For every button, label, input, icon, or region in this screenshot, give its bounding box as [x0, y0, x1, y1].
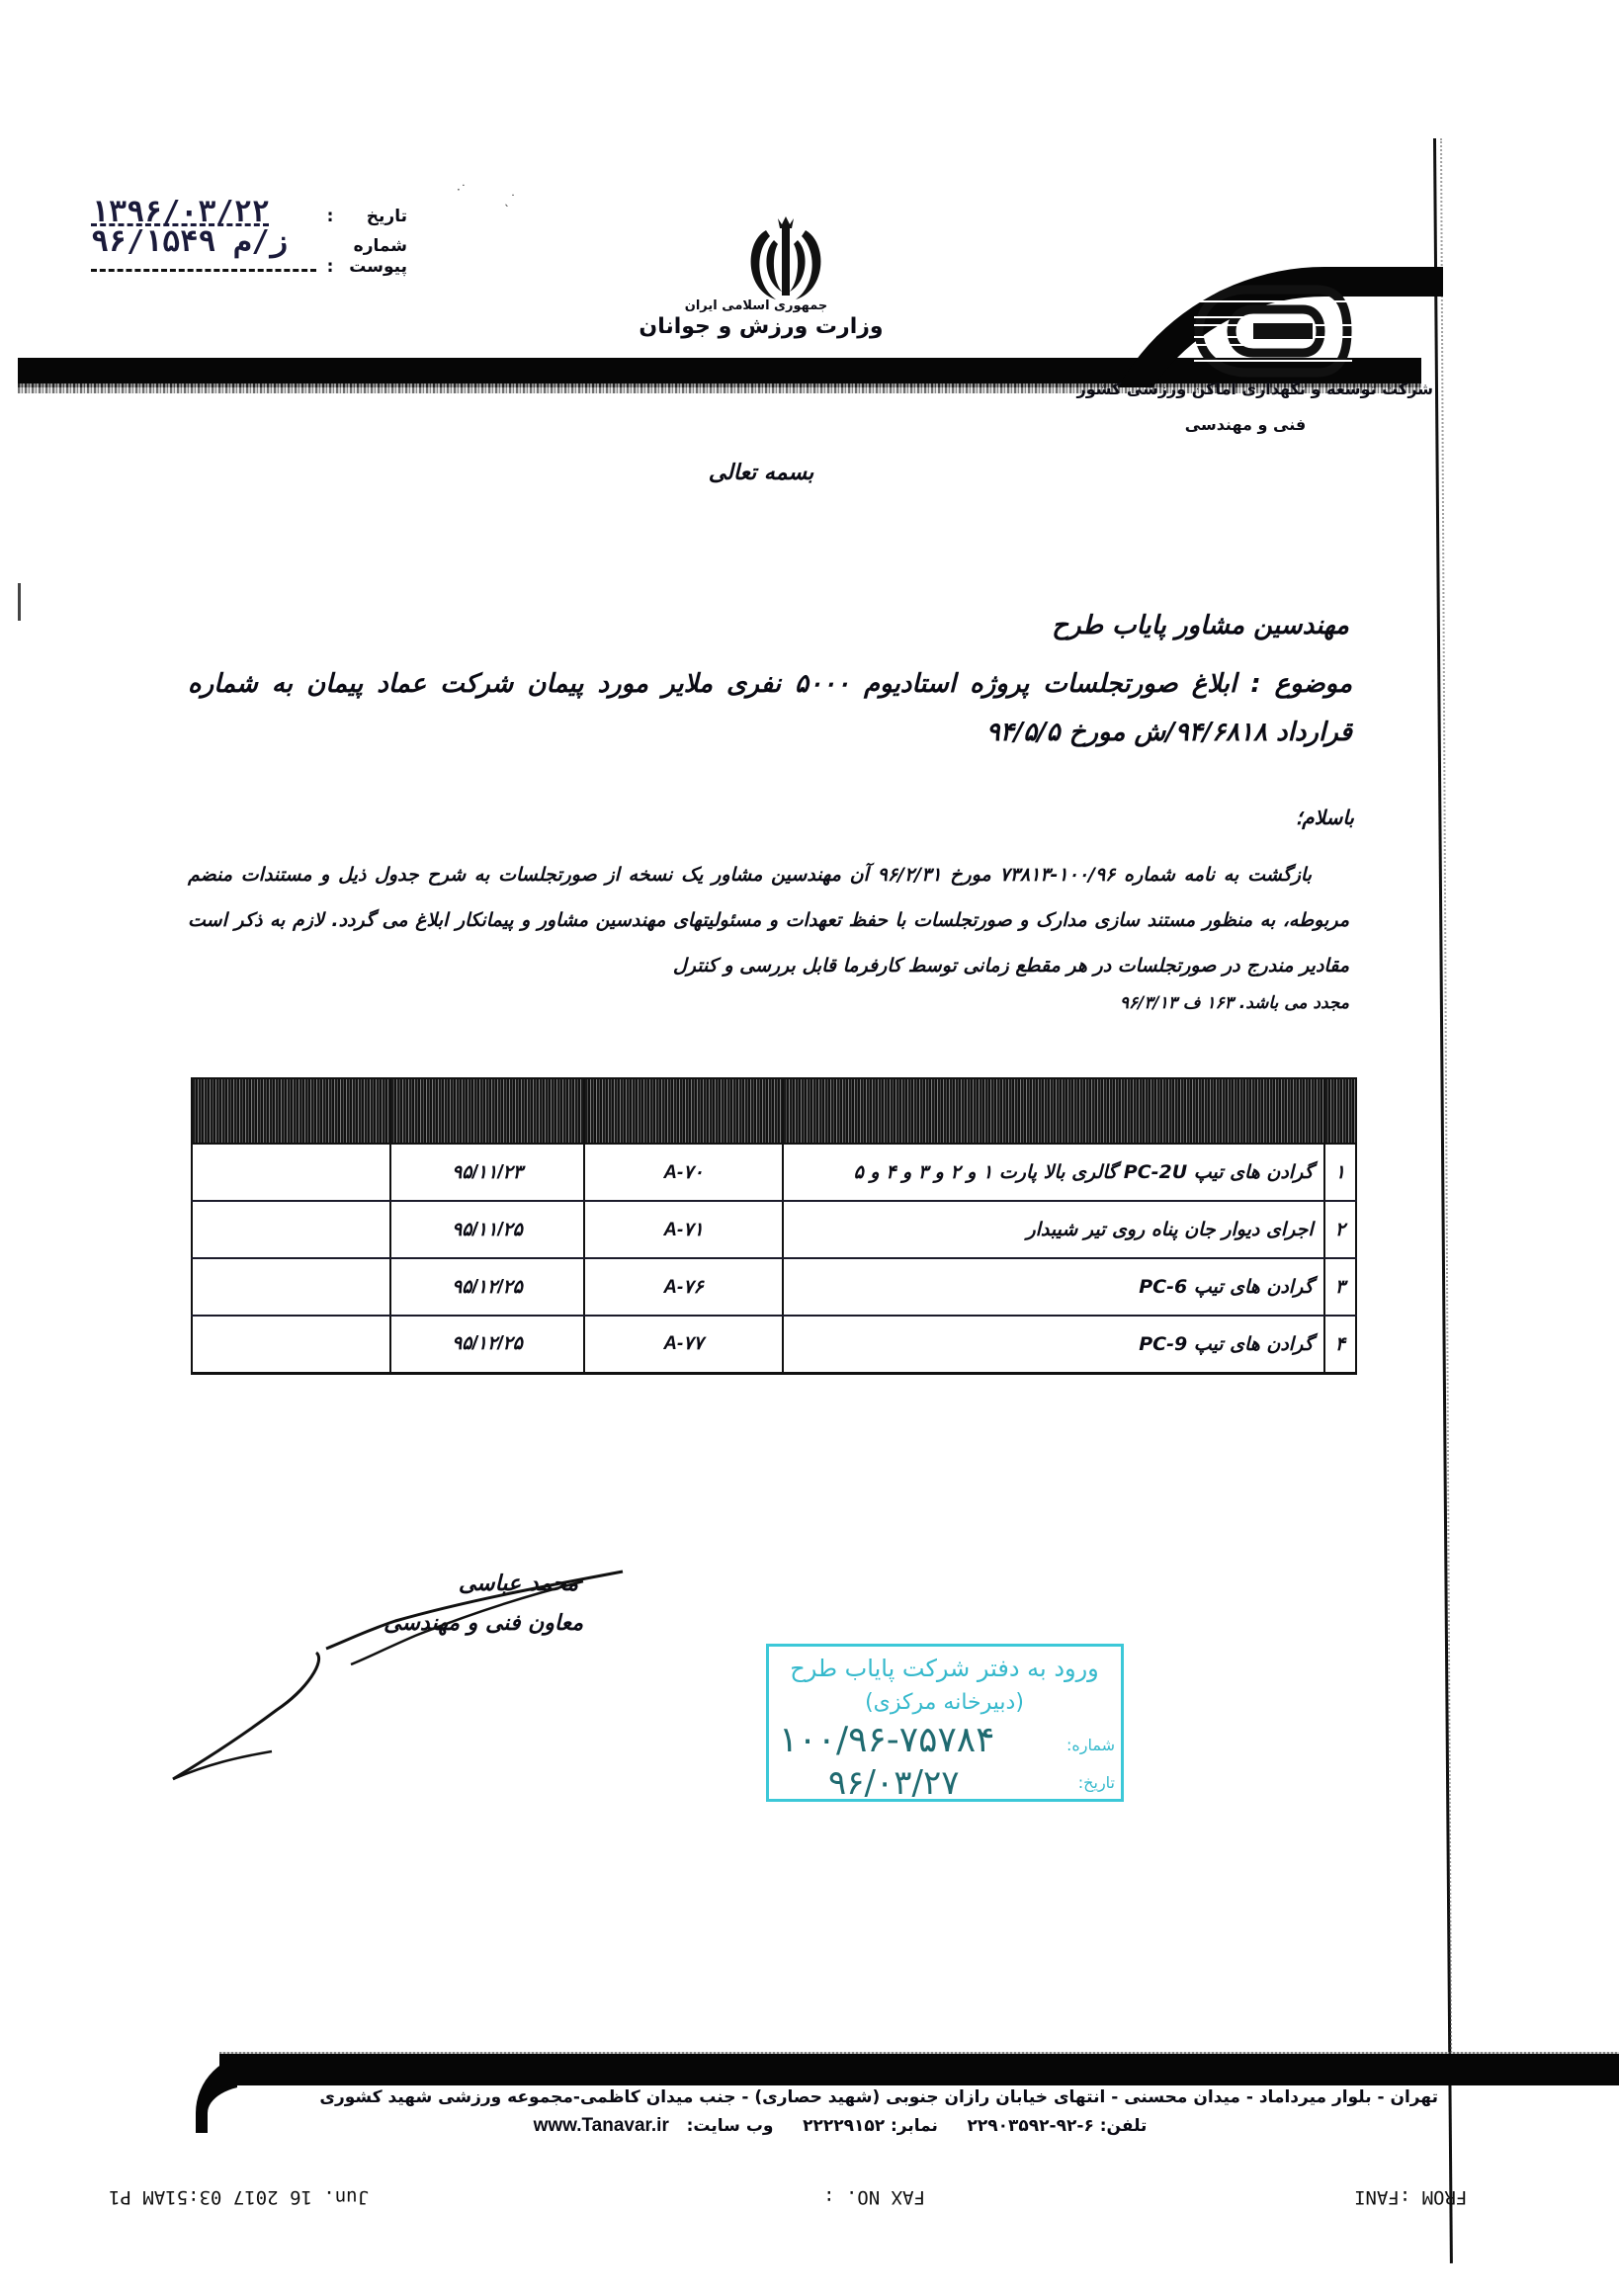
colon: : — [322, 257, 338, 277]
company-logo-icon — [1194, 282, 1352, 381]
table-row: ۳ گرادن های تیپ PC-6 A-۷۶ ۹۵/۱۲/۲۵ — [192, 1258, 1356, 1316]
stamp-number-label: شماره: — [1066, 1736, 1115, 1754]
row-index: ۴ — [1324, 1316, 1356, 1373]
row-code: A-۷۱ — [584, 1201, 783, 1258]
row-description: گرادن های تیپ PC-2U گالری بالا پارت ۱ و … — [783, 1144, 1324, 1201]
row-date: ۹۵/۱۱/۲۳ — [390, 1144, 584, 1201]
fax-from: FROM :FANI — [1354, 2186, 1467, 2208]
meta-date-row: تاریخ : ۱۳۹۶/۰۳/۲۲ — [91, 198, 407, 227]
row-note — [192, 1258, 390, 1316]
attachment-blank — [91, 260, 316, 272]
row-code: A-۷۰ — [584, 1144, 783, 1201]
receipt-stamp: ورود به دفتر شرکت پایاب طرح (دبیرخانه مر… — [766, 1644, 1124, 1802]
row-code: A-۷۶ — [584, 1258, 783, 1316]
fax-number: FAX NO. : — [823, 2186, 925, 2208]
table-row: ۴ گرادن های تیپ PC-9 A-۷۷ ۹۵/۱۲/۲۵ — [192, 1316, 1356, 1373]
row-code: A-۷۷ — [584, 1316, 783, 1373]
scan-speck: ·˙ — [457, 183, 467, 197]
row-note — [192, 1201, 390, 1258]
body-paragraph-end: مجدد می باشد. ۱۶۳ ف ۹۶/۳/۱۳ — [870, 993, 1349, 1013]
letter-meta: تاریخ : ۱۳۹۶/۰۳/۲۲ شماره ۹۶/۱۵۴۹ ز/م پیو… — [91, 198, 407, 287]
row-description: گرادن های تیپ PC-6 — [783, 1258, 1324, 1316]
greeting: باسلام؛ — [1226, 806, 1354, 829]
scan-mark — [18, 583, 21, 621]
footer-fax: نمابر: ۲۲۲۲۹۱۵۲ — [803, 2116, 938, 2136]
header-index — [1324, 1078, 1356, 1144]
footer-website-link[interactable]: www.Tanavar.ir — [534, 2115, 669, 2136]
basmala: بسمه تعالی — [692, 460, 830, 485]
row-date: ۹۵/۱۲/۲۵ — [390, 1258, 584, 1316]
row-index: ۳ — [1324, 1258, 1356, 1316]
attachment-label: پیوست — [338, 257, 407, 277]
number-label: شماره — [338, 236, 407, 256]
table-row: ۱ گرادن های تیپ PC-2U گالری بالا پارت ۱ … — [192, 1144, 1356, 1201]
row-note — [192, 1144, 390, 1201]
row-date: ۹۵/۱۲/۲۵ — [390, 1316, 584, 1373]
stamp-date-value: ۹۶/۰۳/۲۷ — [828, 1763, 1056, 1803]
scan-speck: ˎ˙ — [504, 193, 516, 207]
signature-scribble — [168, 1542, 642, 1799]
stamp-date-label: تاریخ: — [1078, 1773, 1115, 1792]
republic-name: جمهوری اسلامی ایران — [633, 298, 880, 313]
row-index: ۱ — [1324, 1144, 1356, 1201]
table-header-row — [192, 1078, 1356, 1144]
subject: موضوع : ابلاغ صورتجلسات پروژه استادیوم ۵… — [188, 660, 1352, 757]
date-label: تاریخ — [338, 207, 407, 226]
fax-datetime: Jun. 16 2017 03:51AM P1 — [109, 2186, 369, 2208]
footer-website-label: وب سایت: — [687, 2116, 774, 2136]
iran-emblem-icon — [736, 213, 835, 306]
body-paragraph: بازگشت به نامه شماره ۱۰۰/۹۶-۷۳۸۱۳ مورخ ۹… — [188, 852, 1349, 988]
table-row: ۲ اجرای دیوار جان پناه روی تیر شیبدار A-… — [192, 1201, 1356, 1258]
row-description: اجرای دیوار جان پناه روی تیر شیبدار — [783, 1201, 1324, 1258]
stamp-title: ورود به دفتر شرکت پایاب طرح — [774, 1655, 1115, 1682]
header-code — [584, 1078, 783, 1144]
stamp-subtitle: (دبیرخانه مرکزی) — [774, 1690, 1115, 1715]
meta-attachment-row: پیوست : — [91, 257, 407, 287]
footer-phone: تلفن: ۶-۹۲-۲۲۹۰۳۵۹۲ — [968, 2116, 1148, 2136]
recipient: مهندسین مشاور پایاب طرح — [969, 611, 1349, 640]
ministry-name: وزارت ورزش و جوانان — [633, 314, 890, 339]
minutes-table: ۱ گرادن های تیپ PC-2U گالری بالا پارت ۱ … — [191, 1077, 1357, 1375]
row-date: ۹۵/۱۱/۲۵ — [390, 1201, 584, 1258]
colon: : — [322, 207, 338, 226]
row-description: گرادن های تیپ PC-9 — [783, 1316, 1324, 1373]
footer-contact: تلفن: ۶-۹۲-۲۲۹۰۳۵۹۲ نمابر: ۲۲۲۲۹۱۵۲ وب س… — [395, 2115, 1285, 2137]
row-note — [192, 1316, 390, 1373]
date-value: ۱۳۹۶/۰۳/۲۲ — [91, 198, 322, 227]
company-name: شرکت توسعه و نگهداری اماکن ورزشی کشور — [1058, 380, 1433, 398]
header-note — [192, 1078, 390, 1144]
footer-band — [219, 2054, 1619, 2085]
stamp-number-value: ۱۰۰/۹۶-۷۵۷۸۴ — [779, 1720, 1036, 1760]
company-department: فنی و مهندسی — [1156, 415, 1334, 434]
footer-address: تهران - بلوار میرداماد - میدان محسنی - ا… — [213, 2087, 1438, 2107]
number-value: ۹۶/۱۵۴۹ ز/م — [91, 227, 322, 257]
header-date — [390, 1078, 584, 1144]
row-index: ۲ — [1324, 1201, 1356, 1258]
header-description — [783, 1078, 1324, 1144]
meta-number-row: شماره ۹۶/۱۵۴۹ ز/م — [91, 227, 407, 257]
